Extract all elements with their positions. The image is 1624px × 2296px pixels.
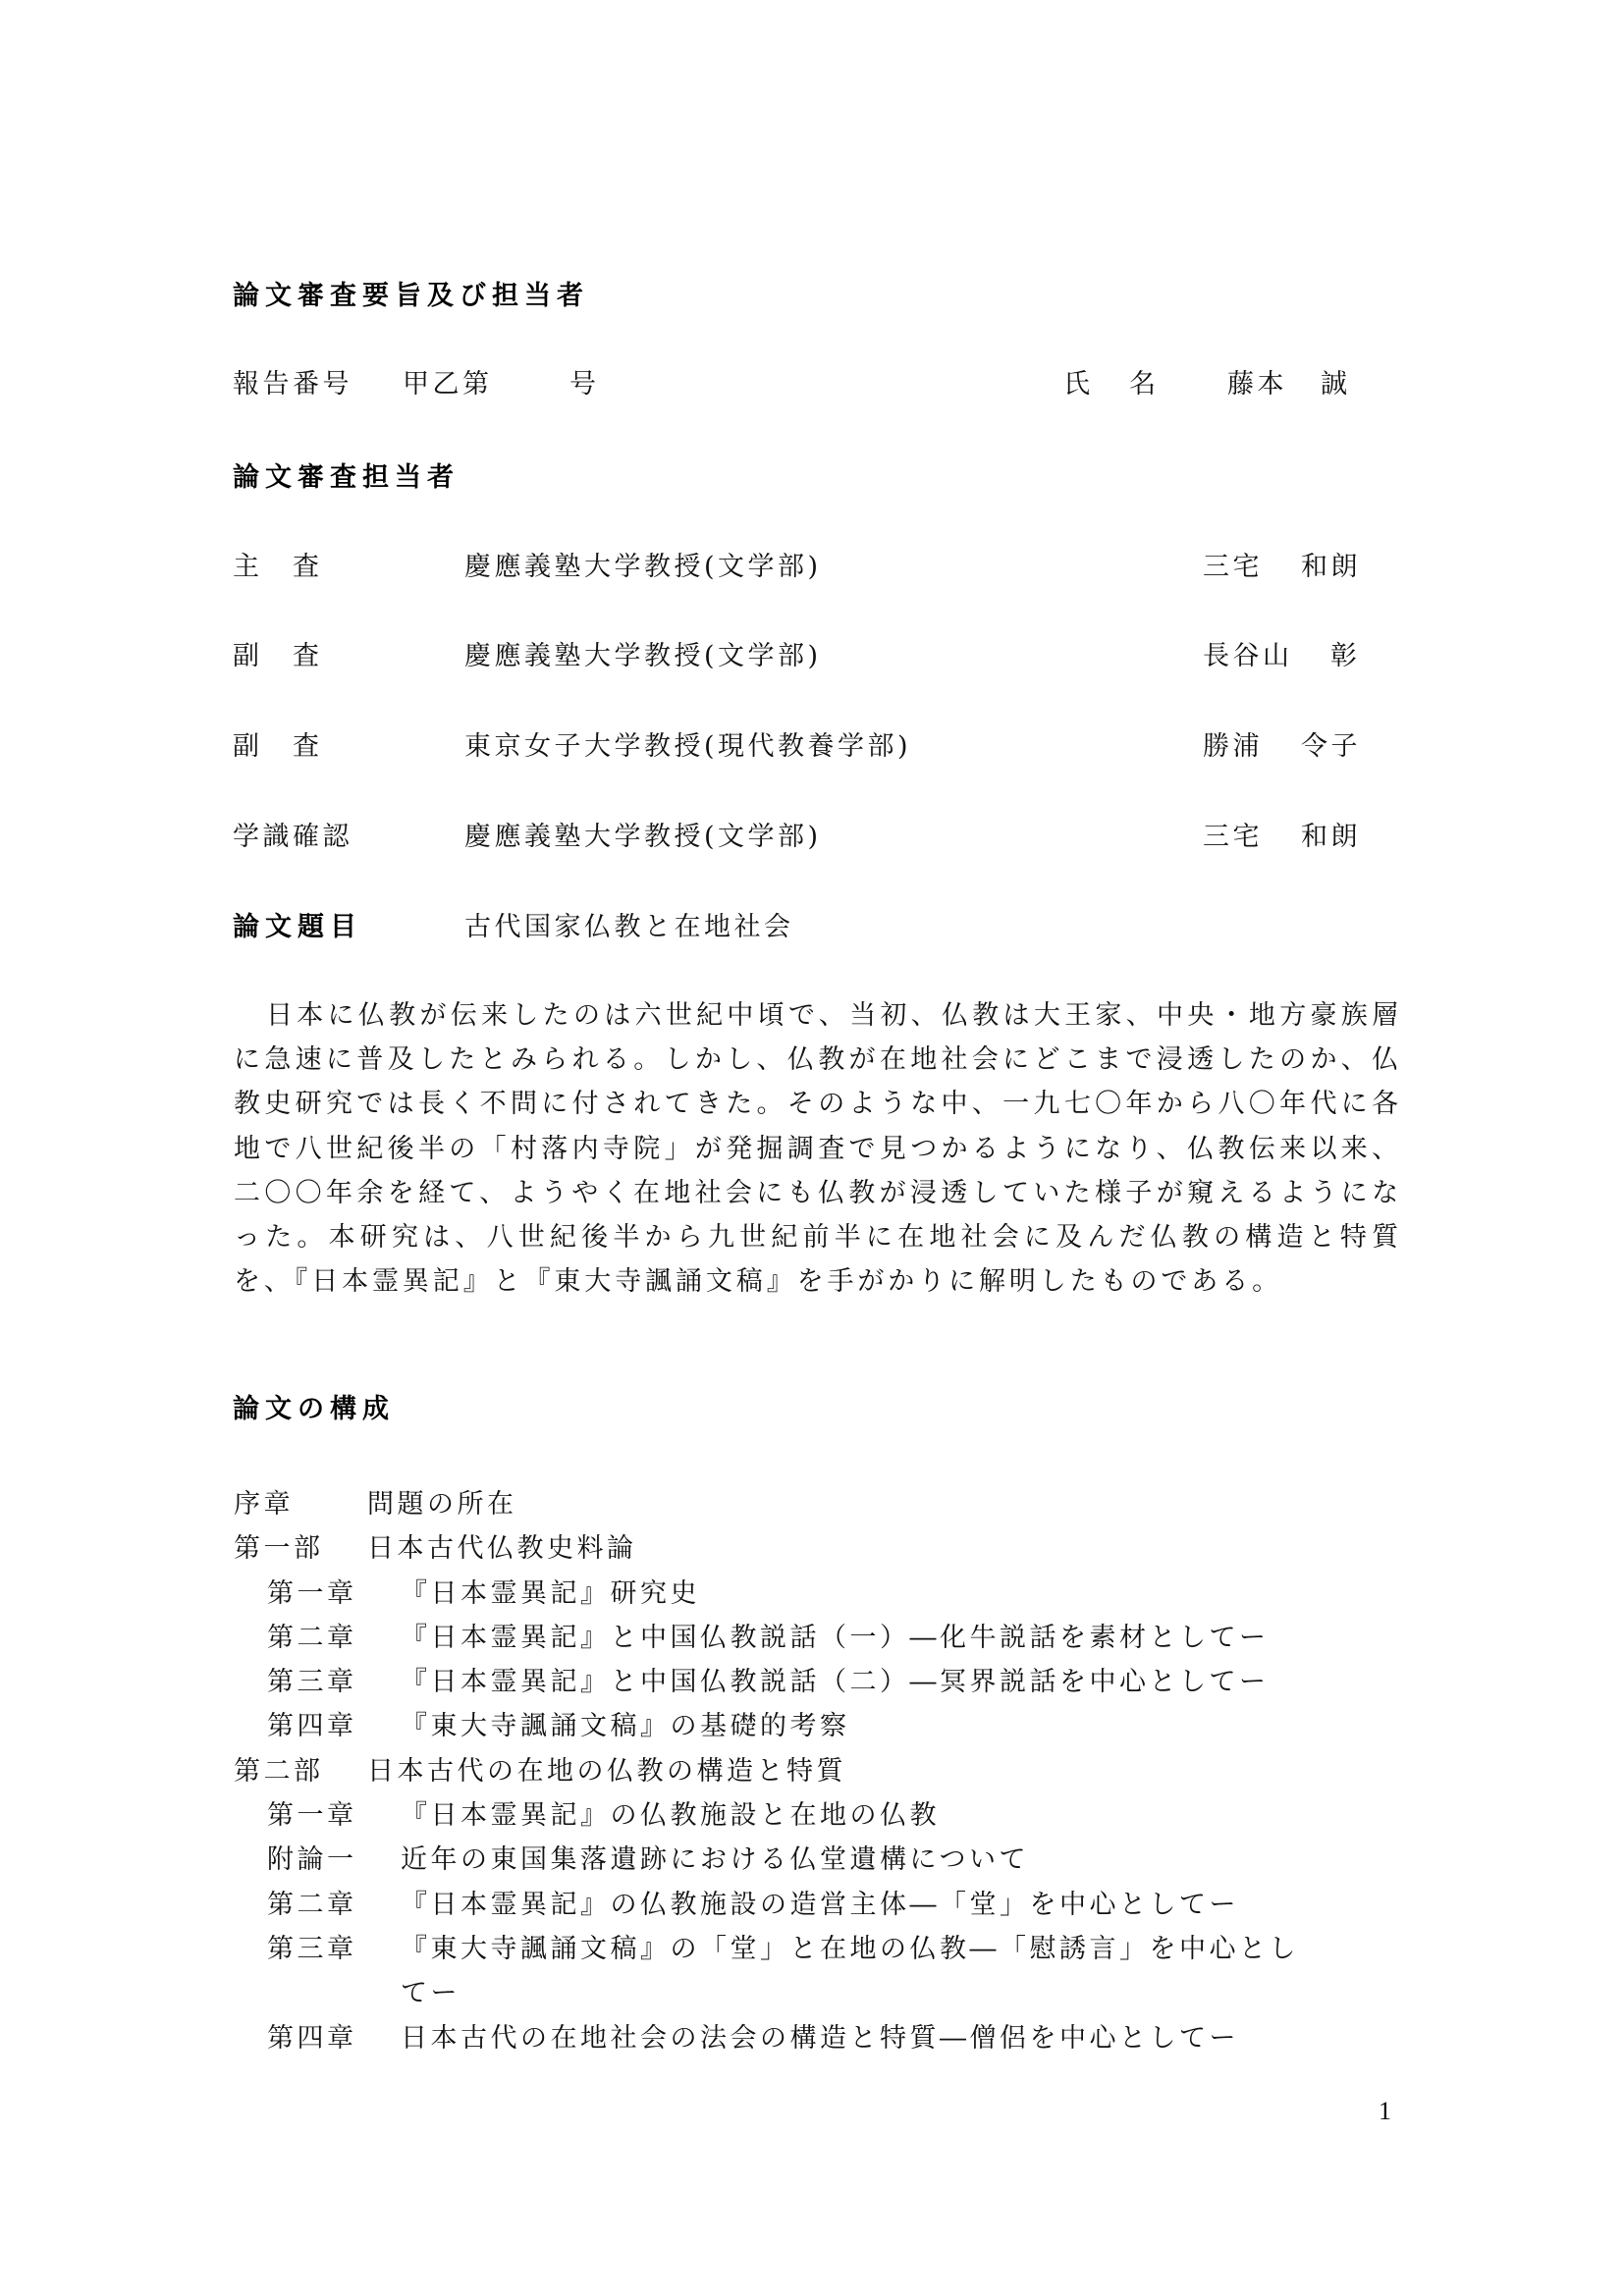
- outline-title: 日本古代仏教史料論: [367, 1526, 637, 1571]
- outline-label: 第三章: [267, 1660, 357, 1704]
- outline-title: 近年の東国集落遺跡における仏堂遺構について: [401, 1838, 1029, 1882]
- outline-item: 第一章 『日本霊異記』の仏教施設と在地の仏教: [234, 1793, 1412, 1838]
- outline-label: 第二部: [234, 1749, 324, 1793]
- thesis-title-label: 論文題目: [233, 914, 362, 940]
- outline-label: 序章: [234, 1482, 294, 1526]
- outline-item: 第一章 『日本霊異記』研究史: [234, 1572, 1412, 1616]
- reviewer-role: 主 査: [233, 554, 323, 580]
- name-label-2: 名: [1129, 371, 1160, 398]
- reviewer-given-name: 和朗: [1301, 554, 1361, 580]
- reviewer-role: 副 査: [233, 643, 323, 669]
- reviewer-family-name: 三宅: [1203, 554, 1263, 580]
- outline-label: 第二章: [267, 1883, 357, 1927]
- structure-heading: 論文の構成: [233, 1396, 395, 1422]
- reviewer-family-name: 長谷山: [1203, 643, 1293, 669]
- outline-label: 第四章: [267, 2016, 357, 2060]
- outline-item: 附論一 近年の東国集落遺跡における仏堂遺構について: [234, 1838, 1412, 1882]
- name-label-1: 氏: [1063, 371, 1094, 398]
- outline-item: 第二部 日本古代の在地の仏教の構造と特質: [234, 1749, 1412, 1793]
- reviewer-affiliation: 慶應義塾大学教授(文学部): [464, 824, 822, 850]
- outline-title: 『日本霊異記』の仏教施設の造営主体―「堂」を中心としてー: [401, 1883, 1239, 1927]
- reviewer-family-name: 三宅: [1203, 824, 1263, 850]
- outline-title: 問題の所在: [367, 1482, 517, 1526]
- reviewer-affiliation: 慶應義塾大学教授(文学部): [464, 554, 822, 580]
- outline-title: 『日本霊異記』研究史: [401, 1572, 700, 1616]
- document-page: 論文審査要旨及び担当者 報告番号 甲乙第 号 氏 名 藤本 誠 論文審査担当者 …: [0, 0, 1624, 2296]
- outline-item-continuation: てー: [234, 1971, 1412, 2015]
- outline-title: 日本古代の在地社会の法会の構造と特質―僧侶を中心としてー: [401, 2016, 1239, 2060]
- thesis-outline: 序章 問題の所在 第一部 日本古代仏教史料論 第一章 『日本霊異記』研究史 第二…: [234, 1482, 1412, 2060]
- outline-title: てー: [401, 1971, 460, 2015]
- outline-item: 序章 問題の所在: [234, 1482, 1412, 1526]
- outline-label: 第四章: [267, 1704, 357, 1748]
- outline-label: 第二章: [267, 1616, 357, 1660]
- outline-title: 『日本霊異記』の仏教施設と在地の仏教: [401, 1793, 940, 1838]
- reviewer-role: 学識確認: [233, 824, 352, 850]
- page-number: 1: [1379, 2099, 1391, 2124]
- reviewer-affiliation: 慶應義塾大学教授(文学部): [464, 643, 822, 669]
- main-heading: 論文審査要旨及び担当者: [233, 283, 589, 309]
- outline-label: 第一章: [267, 1572, 357, 1616]
- reviewer-role: 副 査: [233, 733, 323, 760]
- reviewer-given-name: 彰: [1330, 643, 1361, 669]
- outline-item: 第一部 日本古代仏教史料論: [234, 1526, 1412, 1571]
- outline-title: 『東大寺諷誦文稿』の「堂」と在地の仏教―「慰誘言」を中心とし: [401, 1927, 1299, 1971]
- report-number-suffix: 号: [569, 371, 600, 398]
- candidate-family-name: 藤本: [1227, 371, 1287, 398]
- outline-item: 第二章 『日本霊異記』の仏教施設の造営主体―「堂」を中心としてー: [234, 1883, 1412, 1927]
- thesis-title-value: 古代国家仏教と在地社会: [464, 914, 794, 940]
- outline-title: 『東大寺諷誦文稿』の基礎的考察: [401, 1704, 850, 1748]
- outline-item: 第四章 日本古代の在地社会の法会の構造と特質―僧侶を中心としてー: [234, 2016, 1412, 2060]
- summary-paragraph: 日本に仏教が伝来したのは六世紀中頃で、当初、仏教は大王家、中央・地方豪族層に急速…: [234, 993, 1402, 1304]
- outline-title: 『日本霊異記』と中国仏教説話（一）―化牛説話を素材としてー: [401, 1616, 1270, 1660]
- outline-title: 『日本霊異記』と中国仏教説話（二）―冥界説話を中心としてー: [401, 1660, 1270, 1704]
- reviewer-given-name: 令子: [1301, 733, 1361, 760]
- outline-title: 日本古代の在地の仏教の構造と特質: [367, 1749, 846, 1793]
- outline-item: 第四章 『東大寺諷誦文稿』の基礎的考察: [234, 1704, 1412, 1748]
- outline-label: 第一部: [234, 1526, 324, 1571]
- outline-item: 第三章 『東大寺諷誦文稿』の「堂」と在地の仏教―「慰誘言」を中心とし: [234, 1927, 1412, 1971]
- outline-item: 第二章 『日本霊異記』と中国仏教説話（一）―化牛説話を素材としてー: [234, 1616, 1412, 1660]
- reviewer-family-name: 勝浦: [1203, 733, 1263, 760]
- outline-label: 第三章: [267, 1927, 357, 1971]
- reviewer-given-name: 和朗: [1301, 824, 1361, 850]
- outline-item: 第三章 『日本霊異記』と中国仏教説話（二）―冥界説話を中心としてー: [234, 1660, 1412, 1704]
- report-number-label: 報告番号: [233, 371, 352, 398]
- outline-label: 附論一: [267, 1838, 357, 1882]
- report-number-prefix: 甲乙第: [403, 371, 493, 398]
- reviewer-affiliation: 東京女子大学教授(現代教養学部): [464, 733, 911, 760]
- candidate-given-name: 誠: [1321, 371, 1351, 398]
- outline-label: 第一章: [267, 1793, 357, 1838]
- reviewers-heading: 論文審査担当者: [233, 464, 460, 491]
